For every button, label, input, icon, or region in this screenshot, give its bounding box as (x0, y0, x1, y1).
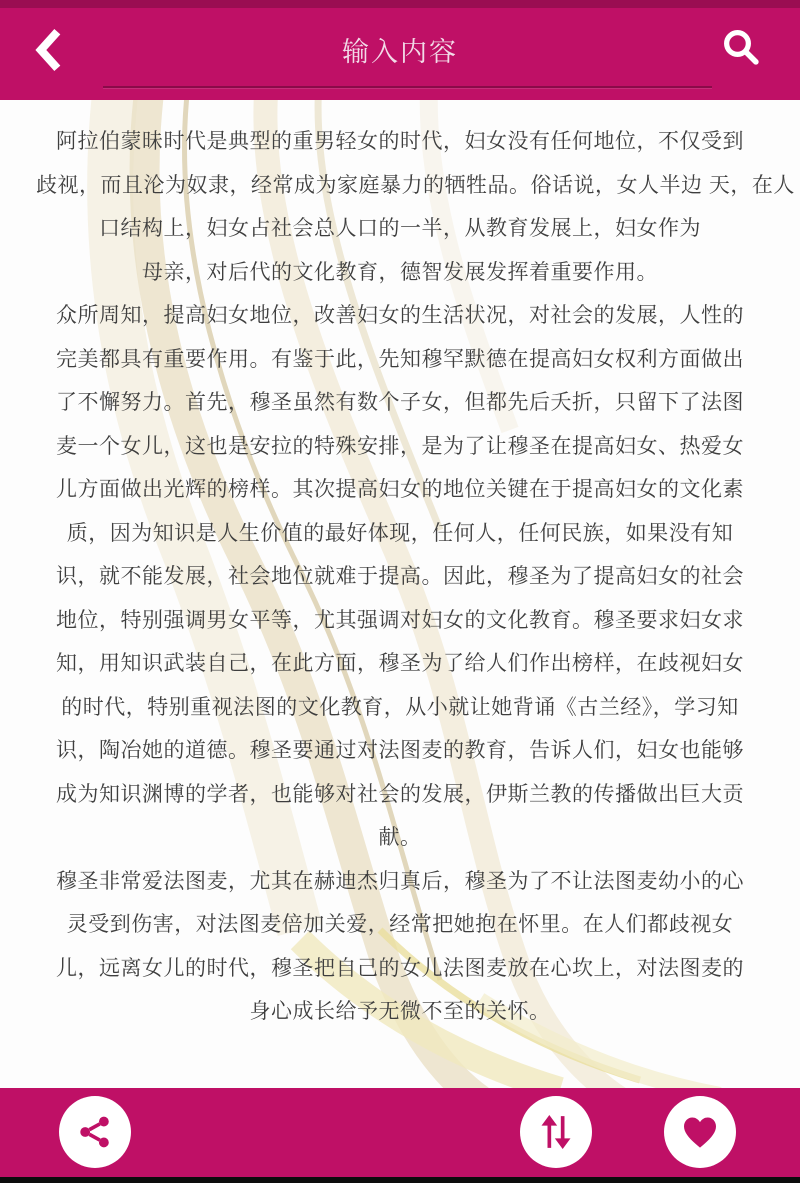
text-line: 质，因为知识是人生价值的最好体现，任何人，任何民族，如果没有知 (36, 512, 764, 556)
favorite-button[interactable] (664, 1096, 736, 1168)
text-line: 儿方面做出光辉的榜样。其次提高妇女的地位关键在于提高妇女的文化素 (36, 468, 764, 512)
article-text: 阿拉伯蒙昧时代是典型的重男轻女的时代，妇女没有任何地位，不仅受到歧视，而且沦为奴… (0, 100, 800, 1034)
text-line: 献。 (36, 816, 764, 860)
text-line: 麦一个女儿，这也是安拉的特殊安排，是为了让穆圣在提高妇女、热爱女 (36, 425, 764, 469)
share-icon (76, 1113, 114, 1151)
text-line: 成为知识渊博的学者，也能够对社会的发展，伊斯兰教的传播做出巨大贡 (36, 773, 764, 817)
text-line: 灵受到伤害，对法图麦倍加关爱，经常把她抱在怀里。在人们都歧视女 (36, 903, 764, 947)
share-button[interactable] (59, 1096, 131, 1168)
text-line: 穆圣非常爱法图麦，尤其在赫迪杰归真后，穆圣为了不让法图麦幼小的心 (36, 860, 764, 904)
text-line: 众所周知，提高妇女地位，改善妇女的生活状况，对社会的发展，人性的 (36, 294, 764, 338)
swap-vertical-button[interactable] (520, 1096, 592, 1168)
text-line: 阿拉伯蒙昧时代是典型的重男轻女的时代，妇女没有任何地位，不仅受到 (36, 120, 764, 164)
text-line: 了不懈努力。首先，穆圣虽然有数个子女，但都先后夭折，只留下了法图 (36, 381, 764, 425)
text-line: 身心成长给予无微不至的关怀。 (36, 990, 764, 1034)
text-line: 识，陶冶她的道德。穆圣要通过对法图麦的教育，告诉人们，妇女也能够 (36, 729, 764, 773)
text-line: 歧视，而且沦为奴隶，经常成为家庭暴力的牺牲品。俗话说，女人半边 天，在人 (36, 164, 764, 208)
text-line: 母亲，对后代的文化教育，德智发展发挥着重要作用。 (36, 251, 764, 295)
footer-bar (0, 1088, 800, 1177)
text-line: 知，用知识武装自己，在此方面，穆圣为了给人们作出榜样，在歧视妇女 (36, 642, 764, 686)
status-bar-strip (0, 0, 800, 8)
search-button[interactable] (720, 26, 762, 68)
swap-vertical-icon (536, 1112, 576, 1152)
text-line: 儿，远离女儿的时代，穆圣把自己的女儿法图麦放在心坎上，对法图麦的 (36, 947, 764, 991)
text-line: 口结构上，妇女占社会总人口的一半，从教育发展上，妇女作为 (36, 207, 764, 251)
heart-icon (680, 1112, 720, 1152)
header-divider (103, 86, 712, 88)
bottom-system-strip (0, 1177, 800, 1183)
content-area: 阿拉伯蒙昧时代是典型的重男轻女的时代，妇女没有任何地位，不仅受到歧视，而且沦为奴… (0, 100, 800, 1088)
text-line: 完美都具有重要作用。有鉴于此，先知穆罕默德在提高妇女权利方面做出 (36, 338, 764, 382)
text-line: 的时代，特别重视法图的文化教育，从小就让她背诵《古兰经》，学习知 (36, 686, 764, 730)
text-line: 识，就不能发展，社会地位就难于提高。因此，穆圣为了提高妇女的社会 (36, 555, 764, 599)
text-line: 地位，特别强调男女平等，尤其强调对妇女的文化教育。穆圣要求妇女求 (36, 599, 764, 643)
app-screen: 输入内容 阿拉伯蒙昧时代是典型的重男轻女的时代，妇女没有任何地位，不仅受到歧视， (0, 0, 800, 1183)
header-bar: 输入内容 (0, 0, 800, 100)
page-title: 输入内容 (0, 30, 800, 69)
search-icon (720, 56, 762, 71)
